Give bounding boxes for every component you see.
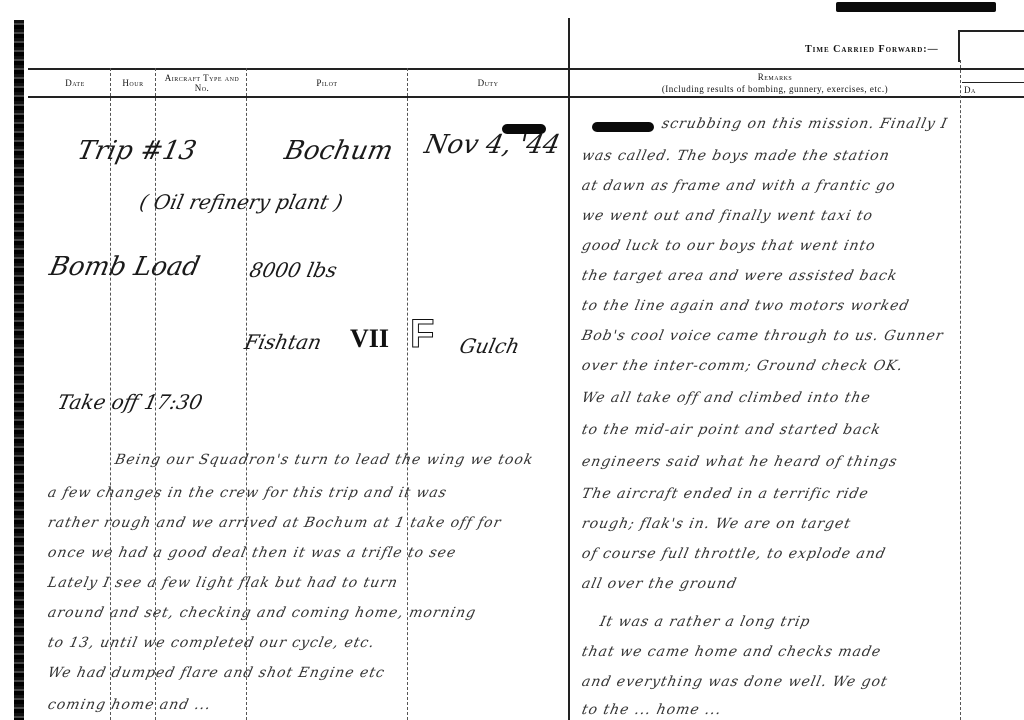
remarks-line: was called. The boys made the station bbox=[580, 148, 891, 164]
take-off-time: Take off 17:30 bbox=[55, 390, 204, 414]
formation-tail: Gulch bbox=[457, 334, 521, 358]
narrative-line: coming home and ... bbox=[46, 697, 212, 713]
col-divider-pilot-duty bbox=[407, 68, 408, 720]
remarks-line: of course full throttle, to explode and bbox=[580, 546, 887, 562]
remarks-line: engineers said what he heard of things bbox=[580, 454, 899, 470]
narrative-line: Being our Squadron's turn to lead the wi… bbox=[113, 452, 535, 468]
narrative-line: once we had a good deal then it was a tr… bbox=[46, 545, 458, 561]
remarks-line: Bob's cool voice came through to us. Gun… bbox=[580, 328, 945, 344]
narrative-line: to 13, until we completed our cycle, etc… bbox=[46, 635, 376, 651]
target-name: Bochum bbox=[282, 136, 396, 166]
narrative-line: rather rough and we arrived at Bochum at… bbox=[46, 515, 503, 531]
remarks-line: over the inter-comm; Ground check OK. bbox=[580, 358, 904, 374]
formation-letter: F bbox=[410, 312, 434, 357]
redaction-remarks bbox=[592, 122, 654, 132]
formation-roman-numeral: VII bbox=[350, 324, 389, 354]
remarks-header-bottom-rule bbox=[570, 96, 1024, 98]
time-carried-forward-box bbox=[958, 30, 1024, 62]
page-gutter bbox=[568, 18, 570, 720]
remarks-line: at dawn as frame and with a frantic go bbox=[580, 178, 897, 194]
header-hour: Hour bbox=[111, 78, 155, 88]
narrative-line: We had dumped flare and shot Engine etc bbox=[46, 665, 386, 681]
redaction-date bbox=[502, 124, 546, 134]
narrative-line: a few changes in the crew for this trip … bbox=[46, 485, 448, 501]
header-date: Date bbox=[40, 78, 110, 88]
remarks-line: We all take off and climbed into the bbox=[580, 390, 872, 406]
time-carried-forward-label: Time Carried Forward:— bbox=[805, 44, 939, 55]
header-aircraft: Aircraft Type and No. bbox=[160, 73, 244, 93]
header-remarks-subtitle: (Including results of bombing, gunnery, … bbox=[590, 84, 960, 94]
mission-date: Nov 4, '44 bbox=[422, 130, 563, 160]
remarks-line: and everything was done well. We got bbox=[580, 674, 889, 690]
bomb-load-label: Bomb Load bbox=[47, 252, 203, 282]
right-subheader-rule bbox=[962, 82, 1024, 83]
col-divider-aircraft-pilot bbox=[246, 68, 247, 720]
remarks-line: good luck to our boys that went into bbox=[580, 238, 877, 254]
narrative-line: Lately I see a few light flak but had to… bbox=[46, 575, 399, 591]
remarks-line: rough; flak's in. We are on target bbox=[580, 516, 852, 532]
target-description: ( Oil refinery plant ) bbox=[137, 190, 345, 214]
remarks-line: scrubbing on this mission. Finally I bbox=[660, 116, 949, 132]
formation-position: Fishtan bbox=[242, 330, 323, 354]
col-divider-remarks-date bbox=[960, 60, 961, 720]
header-duty: Duty bbox=[408, 78, 568, 88]
header-top-rule bbox=[28, 68, 568, 70]
header-date-partial: Da bbox=[964, 85, 1004, 95]
redaction-bar-top bbox=[836, 2, 996, 12]
remarks-line: that we came home and checks made bbox=[580, 644, 883, 660]
remarks-line: The aircraft ended in a terrific ride bbox=[580, 486, 870, 502]
narrative-line: around and set, checking and coming home… bbox=[46, 605, 477, 621]
header-pilot: Pilot bbox=[247, 78, 407, 88]
remarks-header-top-rule bbox=[570, 68, 1024, 70]
remarks-line: the target area and were assisted back bbox=[580, 268, 899, 284]
remarks-line: all over the ground bbox=[580, 576, 738, 592]
remarks-line: to the mid-air point and started back bbox=[580, 422, 882, 438]
book-binding bbox=[14, 20, 24, 720]
header-remarks: Remarks bbox=[590, 72, 960, 82]
remarks-line: to the line again and two motors worked bbox=[580, 298, 911, 314]
remarks-line: It was a rather a long trip bbox=[598, 614, 812, 630]
remarks-line: we went out and finally went taxi to bbox=[580, 208, 874, 224]
header-bottom-rule bbox=[28, 96, 568, 98]
bomb-load-value: 8000 lbs bbox=[247, 258, 339, 282]
trip-number: Trip #13 bbox=[75, 136, 199, 166]
remarks-line: to the ... home ... bbox=[580, 702, 723, 718]
